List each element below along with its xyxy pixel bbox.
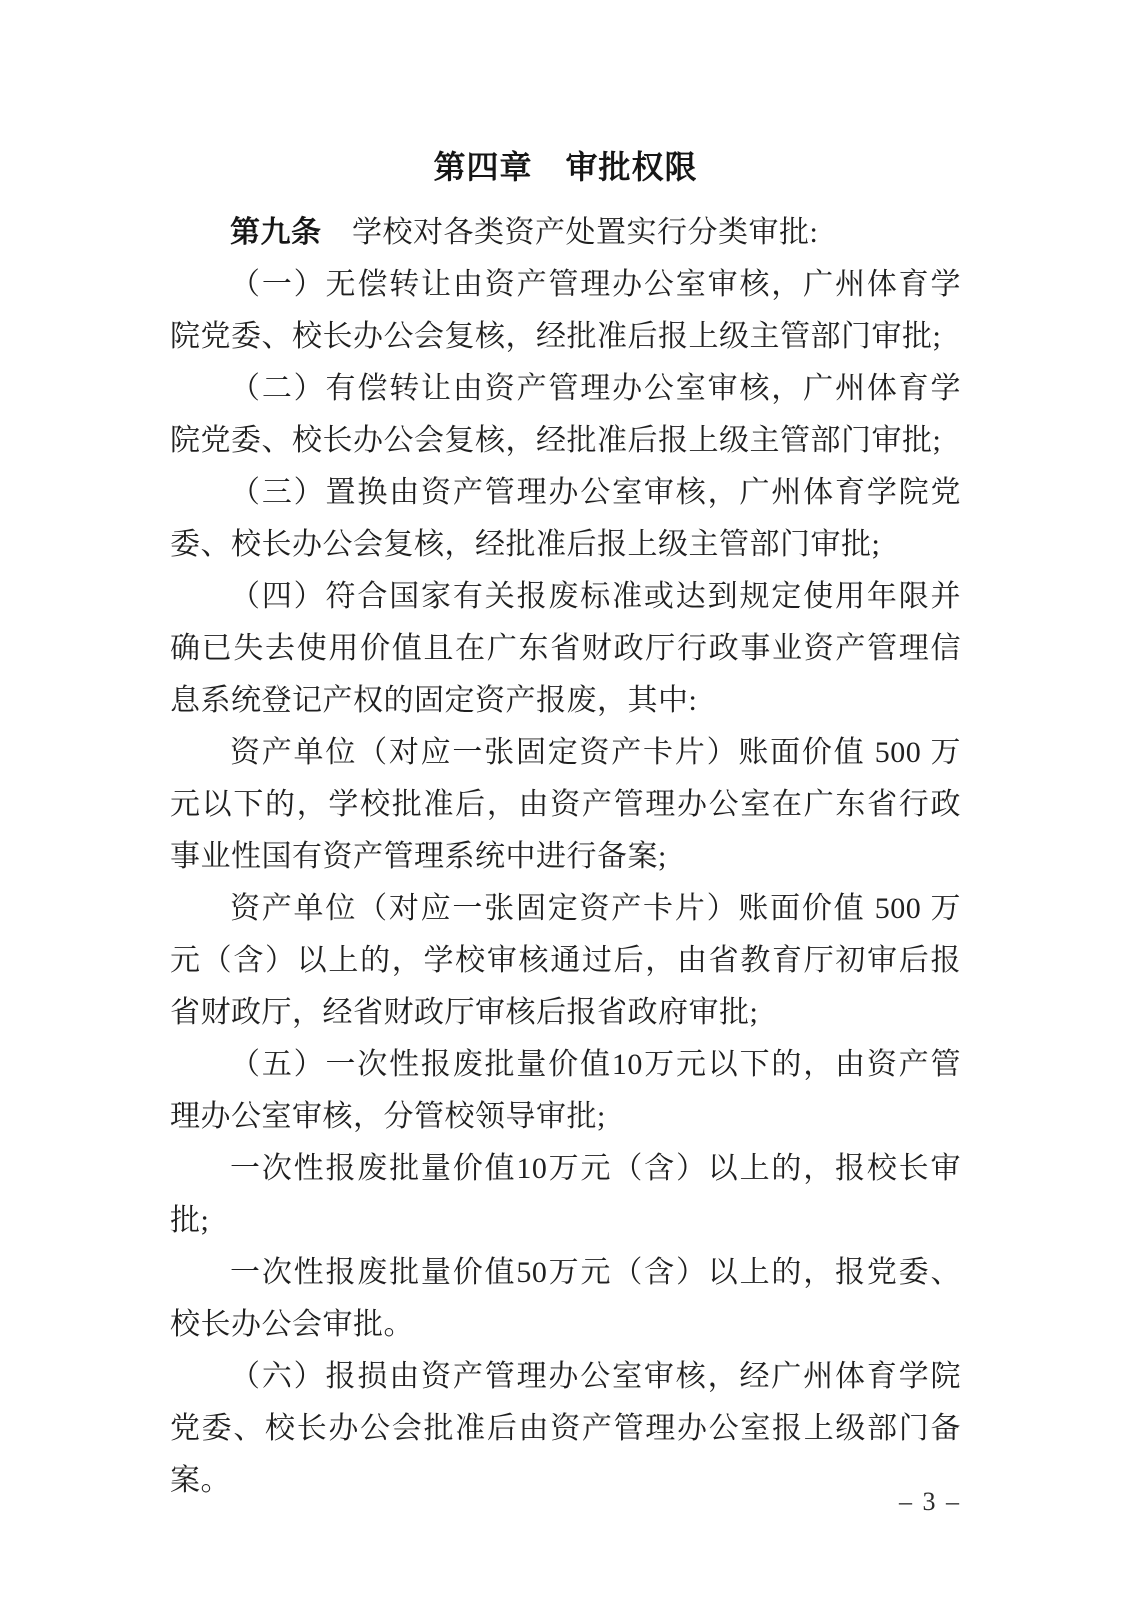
paragraph: （一）无偿转让由资产管理办公室审核，广州体育学院党委、校长办公会复核，经批准后报… <box>170 259 961 363</box>
paragraph-text: （六）报损由资产管理办公室审核，经广州体育学院党委、校长办公会批准后由资产管理办… <box>170 1360 961 1497</box>
paragraph-text: （三）置换由资产管理办公室审核，广州体育学院党委、校长办公会复核，经批准后报上级… <box>170 476 961 561</box>
paragraph: 一次性报废批量价值50万元（含）以上的，报党委、校长办公会审批。 <box>170 1247 961 1351</box>
paragraph-text: （四）符合国家有关报废标准或达到规定使用年限并确已失去使用价值且在广东省财政厅行… <box>170 580 961 717</box>
paragraph: （五）一次性报废批量价值10万元以下的，由资产管理办公室审核，分管校领导审批; <box>170 1039 961 1143</box>
paragraph-text: 学校对各类资产处置实行分类审批: <box>322 216 819 249</box>
article-number: 第九条 <box>230 216 322 249</box>
paragraph: （六）报损由资产管理办公室审核，经广州体育学院党委、校长办公会批准后由资产管理办… <box>170 1351 961 1507</box>
paragraph: （四）符合国家有关报废标准或达到规定使用年限并确已失去使用价值且在广东省财政厅行… <box>170 571 961 727</box>
document-page: 第四章 审批权限 第九条 学校对各类资产处置实行分类审批:（一）无偿转让由资产管… <box>0 0 1131 1600</box>
paragraph-text: 一次性报废批量价值10万元（含）以上的，报校长审批; <box>170 1152 961 1237</box>
page-number: – 3 – <box>899 1482 961 1522</box>
document-body: 第九条 学校对各类资产处置实行分类审批:（一）无偿转让由资产管理办公室审核，广州… <box>170 207 961 1507</box>
paragraph: 资产单位（对应一张固定资产卡片）账面价值 500 万元以下的，学校批准后，由资产… <box>170 727 961 883</box>
paragraph-text: 资产单位（对应一张固定资产卡片）账面价值 500 万元以下的，学校批准后，由资产… <box>170 736 961 873</box>
paragraph: 一次性报废批量价值10万元（含）以上的，报校长审批; <box>170 1143 961 1247</box>
paragraph: 资产单位（对应一张固定资产卡片）账面价值 500 万元（含）以上的，学校审核通过… <box>170 883 961 1039</box>
paragraph-text: （二）有偿转让由资产管理办公室审核，广州体育学院党委、校长办公会复核，经批准后报… <box>170 372 961 457</box>
paragraph: （二）有偿转让由资产管理办公室审核，广州体育学院党委、校长办公会复核，经批准后报… <box>170 363 961 467</box>
paragraph-text: （一）无偿转让由资产管理办公室审核，广州体育学院党委、校长办公会复核，经批准后报… <box>170 268 961 353</box>
paragraph: 第九条 学校对各类资产处置实行分类审批: <box>170 207 961 259</box>
paragraph-text: 资产单位（对应一张固定资产卡片）账面价值 500 万元（含）以上的，学校审核通过… <box>170 892 961 1029</box>
chapter-title: 第四章 审批权限 <box>170 141 961 193</box>
paragraph: （三）置换由资产管理办公室审核，广州体育学院党委、校长办公会复核，经批准后报上级… <box>170 467 961 571</box>
paragraph-text: （五）一次性报废批量价值10万元以下的，由资产管理办公室审核，分管校领导审批; <box>170 1048 961 1133</box>
document-content: 第四章 审批权限 第九条 学校对各类资产处置实行分类审批:（一）无偿转让由资产管… <box>170 141 961 1507</box>
paragraph-text: 一次性报废批量价值50万元（含）以上的，报党委、校长办公会审批。 <box>170 1256 961 1341</box>
